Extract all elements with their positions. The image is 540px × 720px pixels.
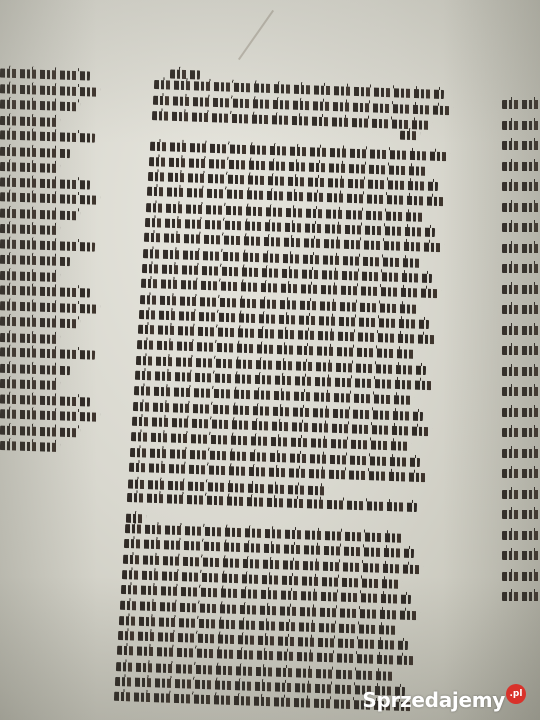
parchment-crease [238, 10, 274, 60]
script-line [0, 394, 90, 406]
script-line [502, 490, 540, 499]
script-line [502, 182, 540, 191]
script-line [0, 84, 100, 96]
script-line [502, 141, 540, 150]
script-line [502, 346, 540, 355]
torah-scroll-photo: Sprzedajemy .pl [0, 0, 540, 720]
script-line [0, 317, 80, 329]
script-line [0, 208, 80, 220]
script-line [502, 162, 540, 171]
script-line [502, 367, 540, 376]
script-line [0, 301, 100, 313]
script-line [502, 531, 540, 540]
script-line [0, 100, 80, 112]
script-line [502, 244, 540, 253]
watermark-badge: .pl [506, 684, 526, 704]
script-line [0, 441, 60, 452]
script-line [502, 551, 540, 560]
script-line [0, 379, 60, 390]
script-line [0, 130, 95, 142]
script-line [0, 332, 60, 343]
script-line [0, 425, 80, 437]
script-line [0, 224, 60, 235]
text-column-center [100, 70, 430, 720]
script-line [0, 285, 90, 297]
script-line [0, 239, 95, 251]
script-line [502, 387, 540, 396]
script-line [0, 270, 60, 281]
script-line [502, 305, 540, 314]
script-line [0, 146, 70, 157]
script-line [400, 131, 420, 141]
script-line [502, 510, 540, 519]
script-line [502, 449, 540, 458]
script-line [0, 409, 100, 421]
script-line [502, 223, 540, 232]
script-line [502, 572, 540, 581]
script-line [502, 326, 540, 335]
script-line [0, 363, 70, 374]
script-line [0, 347, 95, 359]
text-column-left [0, 70, 110, 470]
script-line [502, 100, 540, 109]
script-line [0, 177, 90, 189]
script-line [0, 115, 60, 126]
script-line [0, 192, 100, 204]
script-line [0, 255, 70, 266]
script-line [502, 203, 540, 212]
watermark: Sprzedajemy .pl [362, 688, 526, 712]
script-line [127, 493, 417, 512]
script-line [502, 408, 540, 417]
script-line [502, 264, 540, 273]
watermark-text: Sprzedajemy [362, 688, 505, 712]
script-line [152, 111, 432, 130]
script-line [502, 592, 540, 601]
script-line [502, 121, 540, 130]
script-line [0, 162, 60, 173]
script-line [502, 469, 540, 478]
text-column-right [502, 100, 540, 620]
script-line [502, 285, 540, 294]
script-line [502, 428, 540, 437]
script-line [0, 68, 90, 80]
